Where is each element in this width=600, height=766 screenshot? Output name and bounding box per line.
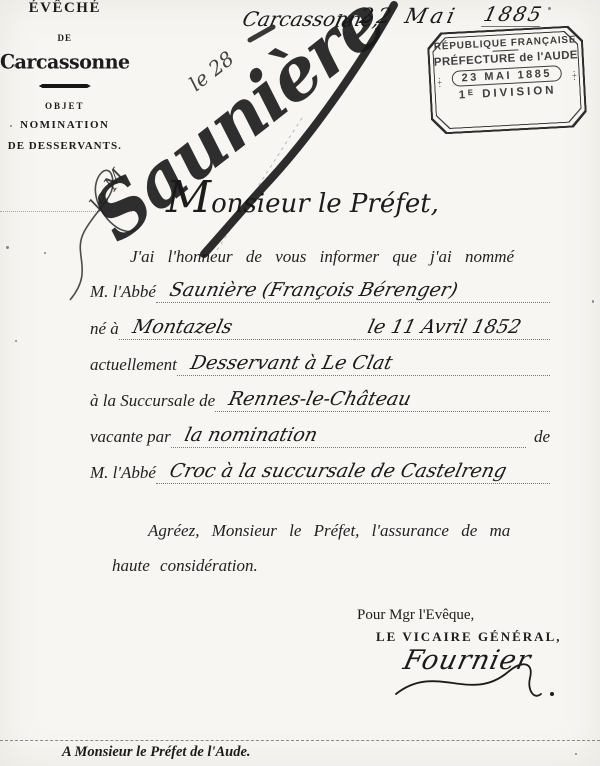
signature-title: LE VICAIRE GÉNÉRAL, [376, 629, 562, 645]
prefecture-stamp: RÉPUBLIQUE FRANÇAISE PRÉFECTURE de l'AUD… [426, 25, 587, 135]
dateline-year: 1885 [481, 2, 546, 27]
succursale-value: Rennes-le-Château [227, 388, 414, 410]
signature-for-line: Pour Mgr l'Evêque, [357, 607, 474, 624]
ink-speck [592, 300, 594, 303]
salutation: Monsieur le Préfet, [166, 172, 439, 223]
birthplace-value: Montazels [130, 316, 234, 338]
ink-speck [14, 64, 17, 67]
closing-line2: haute considération. [112, 556, 258, 576]
vacant-value: la nomination [182, 424, 319, 446]
signature-name: Fournier [400, 645, 534, 676]
ink-speck [95, 754, 98, 756]
birthplace-blank: Montazels [119, 316, 354, 340]
form-line-current-post: actuellement Desservant à Le Clat [90, 352, 550, 376]
birthdate-value: le 11 Avril 1852 [365, 316, 523, 338]
abbe-name-value: Saunière (François Bérenger) [167, 279, 459, 301]
letter-document: ÉVÊCHÉ DE Carcassonne OBJET NOMINATION D… [0, 0, 600, 766]
dateline-day-month: 22 Mai [357, 4, 461, 28]
stamp-underline [492, 49, 518, 51]
footer-rule [0, 740, 600, 741]
form-line-abbe: M. l'Abbé Saunière (François Bérenger) [90, 279, 550, 303]
ink-speck [430, 19, 432, 21]
letterhead: ÉVÊCHÉ DE Carcassonne OBJET NOMINATION D… [0, 0, 130, 152]
predecessor-label: M. l'Abbé [90, 463, 156, 484]
current-blank: Desservant à Le Clat [177, 352, 550, 376]
form-line-vacancy: vacante par la nomination de [90, 424, 550, 448]
letterhead-objet-line2: DE DESSERVANTS. [0, 140, 130, 152]
letterhead-eveche: ÉVÊCHÉ [0, 0, 130, 17]
succursale-blank: Rennes-le-Château [215, 388, 550, 412]
ink-speck [548, 7, 551, 10]
signature-period [550, 692, 554, 696]
ink-speck [10, 125, 12, 127]
vacant-label: vacante par [90, 427, 171, 448]
vacant-blank: la nomination [171, 424, 526, 448]
form-line-predecessor: M. l'Abbé Croc à la succursale de Castel… [90, 460, 550, 484]
predecessor-value: Croc à la succursale de Castelreng [167, 460, 508, 482]
paper-crease [0, 211, 132, 212]
ink-speck [44, 252, 46, 254]
ink-speck [15, 340, 17, 342]
birthdate-blank: le 11 Avril 1852 [354, 316, 550, 340]
letterhead-de: DE [0, 33, 130, 43]
current-label: actuellement [90, 355, 177, 376]
predecessor-blank: Croc à la succursale de Castelreng [156, 460, 550, 484]
stamp-date: 23 MAI 1885 [451, 65, 562, 87]
annotation-le28: le 28 [184, 46, 238, 96]
abbe-label: M. l'Abbé [90, 282, 156, 303]
vacant-suffix: de [534, 427, 550, 448]
opening-line: J'ai l'honneur de vous informer que j'ai… [130, 247, 550, 267]
ink-speck [575, 753, 577, 755]
closing-line1: Agréez, Monsieur le Préfet, l'assurance … [148, 521, 510, 541]
letterhead-objet-line1: NOMINATION [0, 119, 130, 131]
succursale-label: à la Succursale de [90, 391, 215, 412]
footer-address: A Monsieur le Préfet de l'Aude. [62, 744, 251, 761]
stamp-ornament-right: ·+· [571, 69, 577, 81]
form-line-birth: né à Montazels le 11 Avril 1852 [90, 316, 550, 340]
annotation-leM: le M [84, 164, 130, 215]
born-label: né à [90, 319, 119, 340]
stamp-ornament-left: ·+· [437, 76, 443, 88]
current-value: Desservant à Le Clat [188, 352, 394, 374]
ink-speck [6, 246, 9, 249]
abbe-name-blank: Saunière (François Bérenger) [156, 279, 550, 303]
stamp-division: 1ᴱ DIVISION [458, 84, 556, 101]
letterhead-objet-label: OBJET [0, 101, 130, 111]
form-line-succursale: à la Succursale de Rennes-le-Château [90, 388, 550, 412]
letterhead-divider [39, 84, 91, 88]
letterhead-carcassonne: Carcassonne [0, 50, 130, 73]
